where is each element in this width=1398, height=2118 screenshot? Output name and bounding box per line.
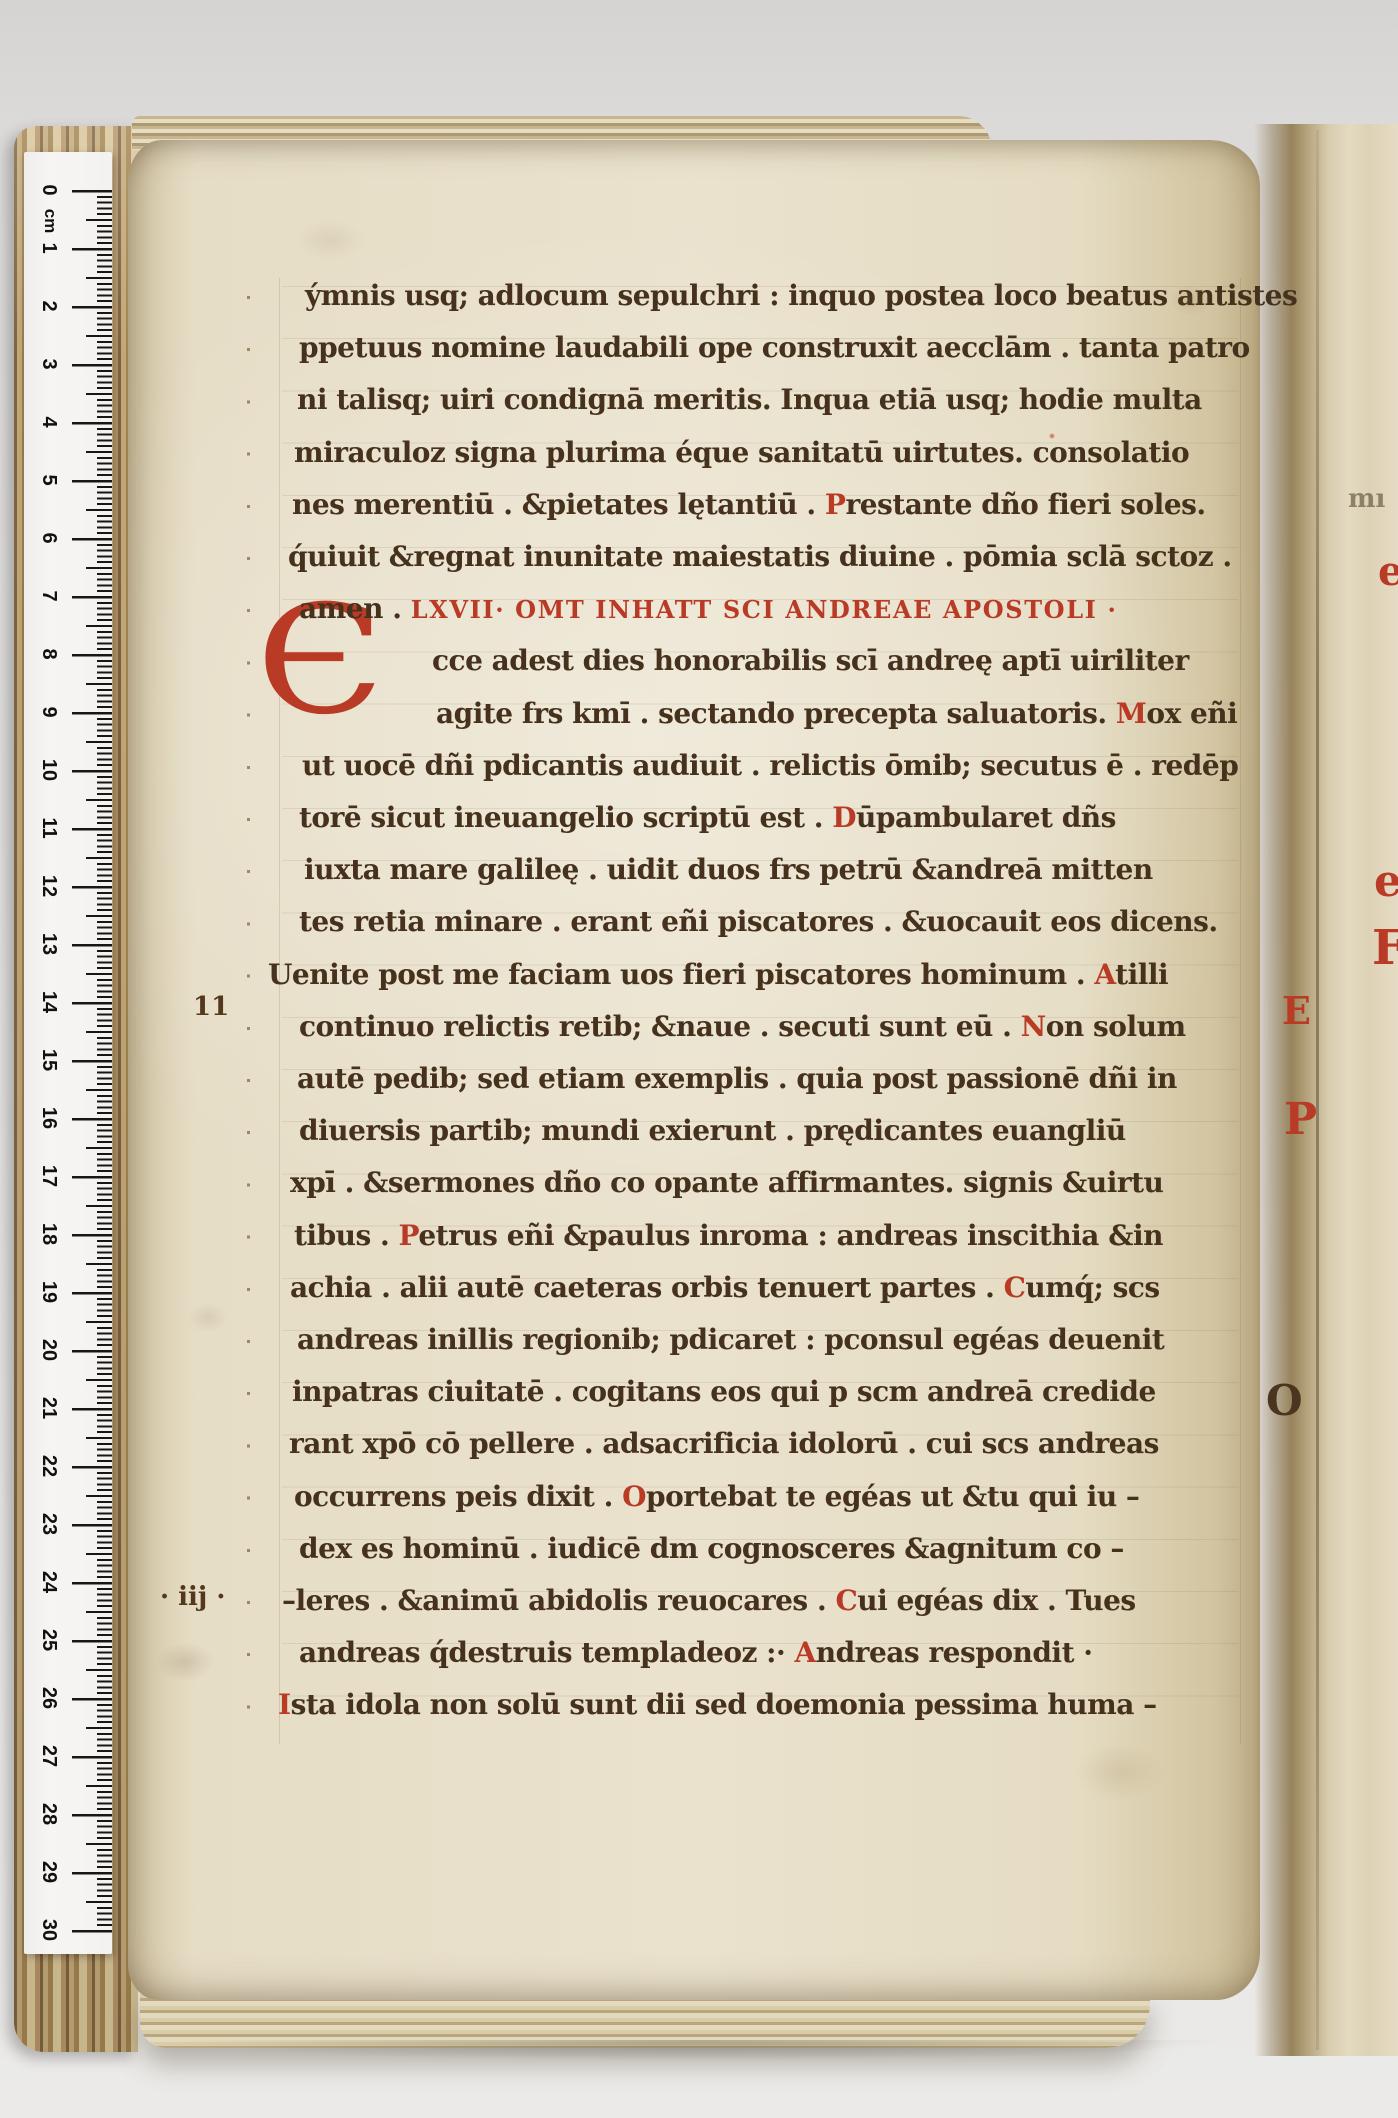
text-segment: agite frs kmī . sectando precepta saluat… (436, 697, 1116, 730)
text-segment: tes retia minare . erant eñi piscatores … (299, 905, 1218, 938)
text-segment: I (278, 1688, 291, 1721)
text-segment: andreas inillis regionib; pdicaret : pco… (297, 1323, 1164, 1356)
text-segment: etrus eñi &paulus inroma : andreas insci… (418, 1219, 1163, 1252)
text-segment: C (835, 1584, 857, 1617)
text-block: ýmnis usq; adlocum sepulchri : inquo pos… (0, 0, 1398, 2118)
manuscript-line: andreas inillis regionib; pdicaret : pco… (297, 1323, 1164, 1356)
facing-page-letter: E (1282, 988, 1311, 1033)
manuscript-line: nes merentiū . &pietates lętantiū . Pres… (292, 488, 1206, 521)
text-segment: C (1004, 1271, 1026, 1304)
facing-page-letter: mı (1348, 484, 1385, 514)
manuscript-line: q́uiuit &regnat inunitate maiestatis diu… (288, 540, 1232, 573)
text-segment: ýmnis usq; adlocum sepulchri : inquo pos… (305, 279, 1297, 312)
facing-page-letter: e (1374, 856, 1398, 907)
facing-page-letter: O (1266, 1376, 1303, 1425)
text-segment: P (825, 488, 846, 521)
text-segment: ut uocē dñi pdicantis audiuit . relictis… (302, 749, 1238, 782)
text-segment: diuersis partib; mundi exierunt . prędic… (299, 1114, 1126, 1147)
manuscript-line: torē sicut ineuangelio scriptū est . Dūp… (299, 801, 1116, 834)
text-segment: autē pedib; sed etiam exemplis . quia po… (297, 1062, 1177, 1095)
manuscript-line: ut uocē dñi pdicantis audiuit . relictis… (302, 749, 1238, 782)
text-segment: A (795, 1636, 816, 1669)
manuscript-line: tibus . Petrus eñi &paulus inroma : andr… (294, 1219, 1163, 1252)
manuscript-line: miraculoz signa plurima éque sanitatū ui… (294, 436, 1189, 469)
text-segment: ūpambularet dñs (856, 801, 1116, 834)
manuscript-line: iuxta mare galileę . uidit duos frs petr… (304, 853, 1153, 886)
manuscript-line: xpī . &sermones dño co opante affirmante… (290, 1166, 1163, 1199)
manuscript-line: cce adest dies honorabilis scī andreę ap… (432, 644, 1189, 677)
text-segment: amen . (299, 592, 411, 625)
manuscript-line: ýmnis usq; adlocum sepulchri : inquo pos… (305, 279, 1297, 312)
text-segment: LXVII· OMT INHATT SCI ANDREAE APOSTOLI · (411, 595, 1118, 624)
text-segment: achia . alii autē caeteras orbis tenuert… (290, 1271, 1004, 1304)
manuscript-photo: cm 0123456789101112131415161718192021222… (0, 0, 1398, 2118)
text-segment: A (1094, 958, 1115, 991)
text-segment: dex es hominū . iudicē dm cognosceres &a… (299, 1532, 1124, 1565)
text-segment: –leres . &animū abidolis reuocares . (282, 1584, 835, 1617)
manuscript-line: diuersis partib; mundi exierunt . prędic… (299, 1114, 1126, 1147)
text-segment: miraculoz signa plurima éque sanitatū ui… (294, 436, 1189, 469)
text-segment: xpī . &sermones dño co opante affirmante… (290, 1166, 1163, 1199)
manuscript-line: occurrens peis dixit . Oportebat te egéa… (294, 1480, 1139, 1513)
text-segment: andreas q́destruis templadeoz :· (299, 1636, 795, 1669)
manuscript-line: –leres . &animū abidolis reuocares . Cui… (282, 1584, 1136, 1617)
text-segment: rant xpō cō pellere . adsacrificia idolo… (289, 1427, 1159, 1460)
text-segment: cce adest dies honorabilis scī andreę ap… (432, 644, 1189, 677)
manuscript-line: amen . LXVII· OMT INHATT SCI ANDREAE APO… (299, 592, 1117, 625)
text-segment: ox eñi (1146, 697, 1237, 730)
manuscript-line: tes retia minare . erant eñi piscatores … (299, 905, 1218, 938)
manuscript-line: dex es hominū . iudicē dm cognosceres &a… (299, 1532, 1124, 1565)
manuscript-line: agite frs kmī . sectando precepta saluat… (436, 697, 1237, 730)
text-segment: ni talisq; uiri condignā meritis. Inqua … (297, 383, 1202, 416)
text-segment: continuo relictis retib; &naue . secuti … (299, 1010, 1021, 1043)
text-segment: ndreas respondit · (816, 1636, 1093, 1669)
manuscript-line: ppetuus nomine laudabili ope construxit … (299, 331, 1250, 364)
text-segment: tibus . (294, 1219, 399, 1252)
text-segment: ppetuus nomine laudabili ope construxit … (299, 331, 1250, 364)
text-segment: umq́; scs (1025, 1271, 1159, 1304)
manuscript-line: Uenite post me faciam uos fieri piscator… (268, 958, 1168, 991)
text-segment: O (622, 1480, 646, 1513)
text-segment: P (399, 1219, 419, 1252)
facing-page-letter: e (1378, 548, 1398, 595)
text-segment: torē sicut ineuangelio scriptū est . (299, 801, 832, 834)
text-segment: iuxta mare galileę . uidit duos frs petr… (304, 853, 1153, 886)
facing-page-letter: P (1284, 1094, 1317, 1145)
text-segment: M (1116, 697, 1147, 730)
facing-page-letter: F (1372, 920, 1398, 976)
manuscript-line: rant xpō cō pellere . adsacrificia idolo… (289, 1427, 1159, 1460)
text-segment: tilli (1115, 958, 1168, 991)
text-segment: sta idola non solū sunt dii sed doemonia… (291, 1688, 1157, 1721)
manuscript-line: continuo relictis retib; &naue . secuti … (299, 1010, 1186, 1043)
manuscript-line: autē pedib; sed etiam exemplis . quia po… (297, 1062, 1177, 1095)
text-segment: inpatras ciuitatē . cogitans eos qui p s… (292, 1375, 1156, 1408)
manuscript-line: Ista idola non solū sunt dii sed doemoni… (278, 1688, 1157, 1721)
manuscript-line: andreas q́destruis templadeoz :· Andreas… (299, 1636, 1093, 1669)
text-segment: ui egéas dix . Tues (857, 1584, 1135, 1617)
text-segment: portebat te egéas ut &tu qui iu – (646, 1480, 1139, 1513)
manuscript-line: ni talisq; uiri condignā meritis. Inqua … (297, 383, 1202, 416)
text-segment: on solum (1046, 1010, 1186, 1043)
text-segment: N (1021, 1010, 1046, 1043)
text-segment: D (832, 801, 856, 834)
manuscript-line: inpatras ciuitatē . cogitans eos qui p s… (292, 1375, 1156, 1408)
manuscript-line: achia . alii autē caeteras orbis tenuert… (290, 1271, 1160, 1304)
text-segment: Uenite post me faciam uos fieri piscator… (268, 958, 1094, 991)
text-segment: restante dño fieri soles. (845, 488, 1205, 521)
text-segment: occurrens peis dixit . (294, 1480, 622, 1513)
text-segment: nes merentiū . &pietates lętantiū . (292, 488, 825, 521)
text-segment: q́uiuit &regnat inunitate maiestatis diu… (288, 540, 1232, 573)
